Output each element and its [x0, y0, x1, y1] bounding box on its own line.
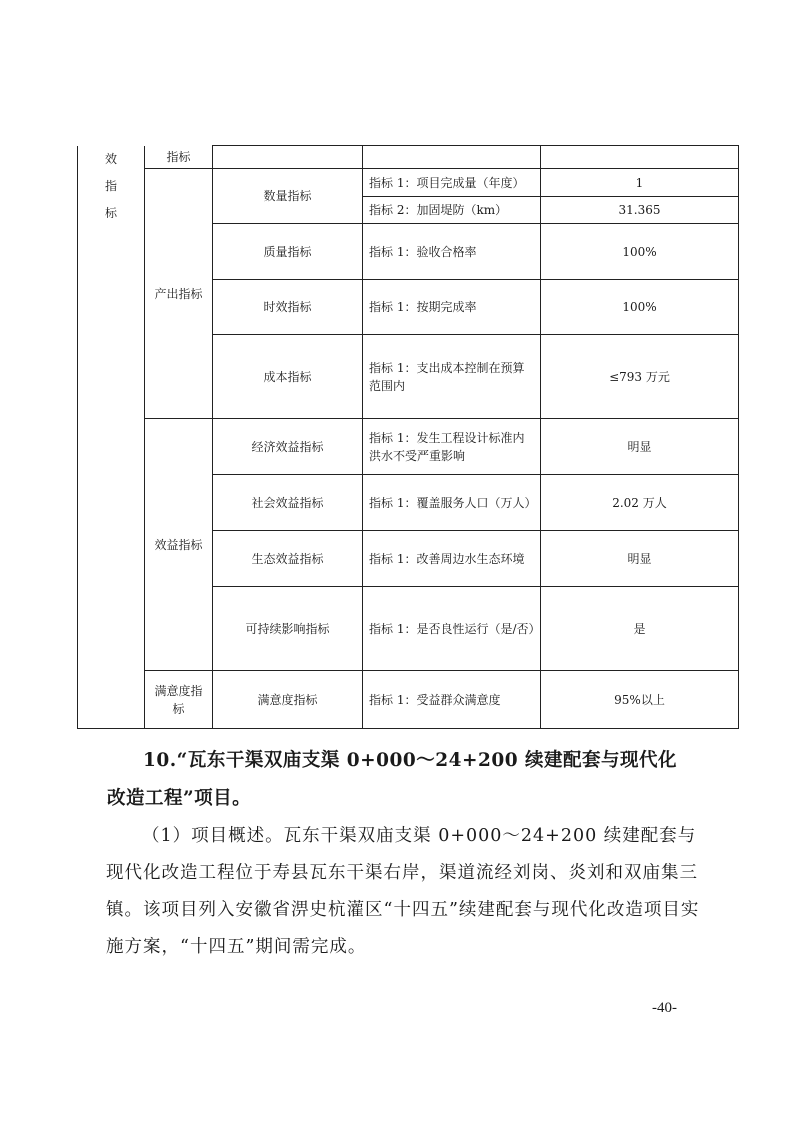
category-satisfaction: 满意度指标: [145, 671, 213, 729]
indicator-value: 100%: [541, 224, 739, 280]
paragraph-text: （1）项目概述。瓦东干渠双庙支渠 0+000～24+200 续建配套与现代化改造…: [106, 826, 699, 957]
subcategory: 成本指标: [213, 335, 363, 419]
indicator-name: 指标 1：受益群众满意度: [363, 671, 541, 729]
indicator-name: 指标 2：加固堤防（km）: [363, 197, 541, 224]
subcategory: 社会效益指标: [213, 475, 363, 531]
subcategory: 生态效益指标: [213, 531, 363, 587]
section-heading: 10.“瓦东干渠双庙支渠 0+000～24+200 续建配套与现代化 改造工程”…: [143, 742, 703, 818]
section-heading-line2: 改造工程”项目。: [107, 780, 703, 818]
table-header-indicator: 指标: [145, 146, 213, 169]
indicator-value: 1: [541, 169, 739, 197]
indicator-name: 指标 1：发生工程设计标准内洪水不受严重影响: [363, 419, 541, 475]
section-heading-line1: 10.“瓦东干渠双庙支渠 0+000～24+200 续建配套与现代化: [143, 750, 677, 771]
table-header-empty: [213, 146, 363, 169]
indicator-name: 指标 1：是否良性运行（是/否）: [363, 587, 541, 671]
subcategory: 质量指标: [213, 224, 363, 280]
indicator-value: 95%以上: [541, 671, 739, 729]
indicator-name: 指标 1：项目完成量（年度）: [363, 169, 541, 197]
table-header-empty: [363, 146, 541, 169]
subcategory: 可持续影响指标: [213, 587, 363, 671]
indicator-value: 100%: [541, 280, 739, 335]
project-overview-paragraph: （1）项目概述。瓦东干渠双庙支渠 0+000～24+200 续建配套与现代化改造…: [106, 818, 706, 966]
table-col1-label: 效 指 标: [78, 146, 145, 729]
indicator-name: 指标 1：验收合格率: [363, 224, 541, 280]
subcategory: 满意度指标: [213, 671, 363, 729]
indicator-value: 明显: [541, 531, 739, 587]
indicator-value: 明显: [541, 419, 739, 475]
performance-indicator-table: 效 指 标 指标 产出指标 数量指标 指标 1：项目完成量（年度） 1 指标 2…: [77, 145, 739, 729]
indicator-value: 是: [541, 587, 739, 671]
indicator-name: 指标 1：改善周边水生态环境: [363, 531, 541, 587]
subcategory: 经济效益指标: [213, 419, 363, 475]
subcategory: 时效指标: [213, 280, 363, 335]
table-header-empty: [541, 146, 739, 169]
indicator-name: 指标 1：支出成本控制在预算范围内: [363, 335, 541, 419]
category-output: 产出指标: [145, 169, 213, 419]
indicator-value: 31.365: [541, 197, 739, 224]
indicator-name: 指标 1：覆盖服务人口（万人）: [363, 475, 541, 531]
page-number: -40-: [652, 1000, 677, 1017]
indicator-value: ≤793 万元: [541, 335, 739, 419]
indicator-value: 2.02 万人: [541, 475, 739, 531]
indicator-name: 指标 1：按期完成率: [363, 280, 541, 335]
category-benefit: 效益指标: [145, 419, 213, 671]
subcategory: 数量指标: [213, 169, 363, 224]
